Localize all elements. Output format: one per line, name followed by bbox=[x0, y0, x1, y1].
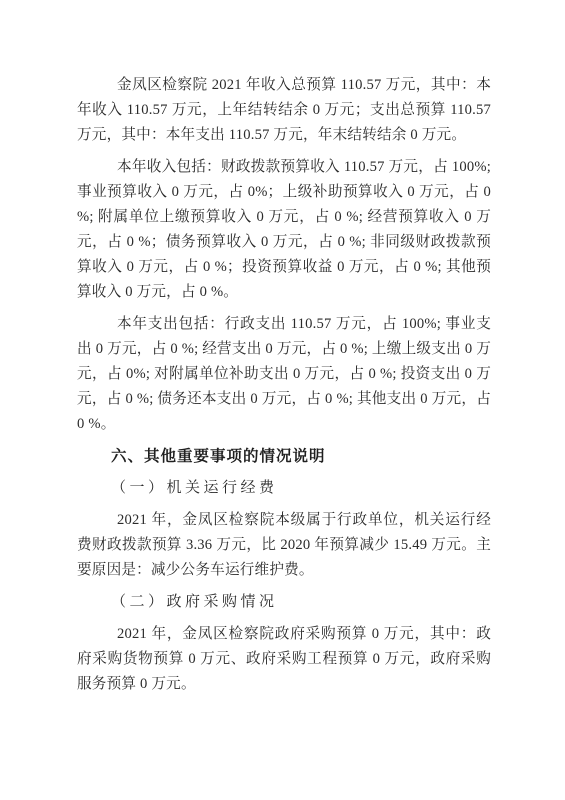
para-government-procurement: 2021 年，金凤区检察院政府采购预算 0 万元，其中：政府采购货物预算 0 万… bbox=[77, 622, 491, 697]
document-page: 金凤区检察院 2021 年收入总预算 110.57 万元，其中：本年收入 110… bbox=[0, 0, 565, 800]
subheading-agency-operating-funds: （一）机关运行经费 bbox=[77, 476, 491, 501]
para-income-total-overview: 金凤区检察院 2021 年收入总预算 110.57 万元，其中：本年收入 110… bbox=[77, 73, 491, 148]
para-agency-operating-funds: 2021 年，金凤区检察院本级属于行政单位，机关运行经费财政拨款预算 3.36 … bbox=[77, 508, 491, 583]
para-income-breakdown: 本年收入包括：财政拨款预算收入 110.57 万元，占 100%; 事业预算收入… bbox=[77, 155, 491, 305]
para-expenditure-breakdown: 本年支出包括：行政支出 110.57 万元，占 100%; 事业支出 0 万元，… bbox=[77, 312, 491, 437]
section-heading-other-important-matters: 六、其他重要事项的情况说明 bbox=[77, 444, 491, 469]
subheading-government-procurement: （二）政府采购情况 bbox=[77, 590, 491, 615]
